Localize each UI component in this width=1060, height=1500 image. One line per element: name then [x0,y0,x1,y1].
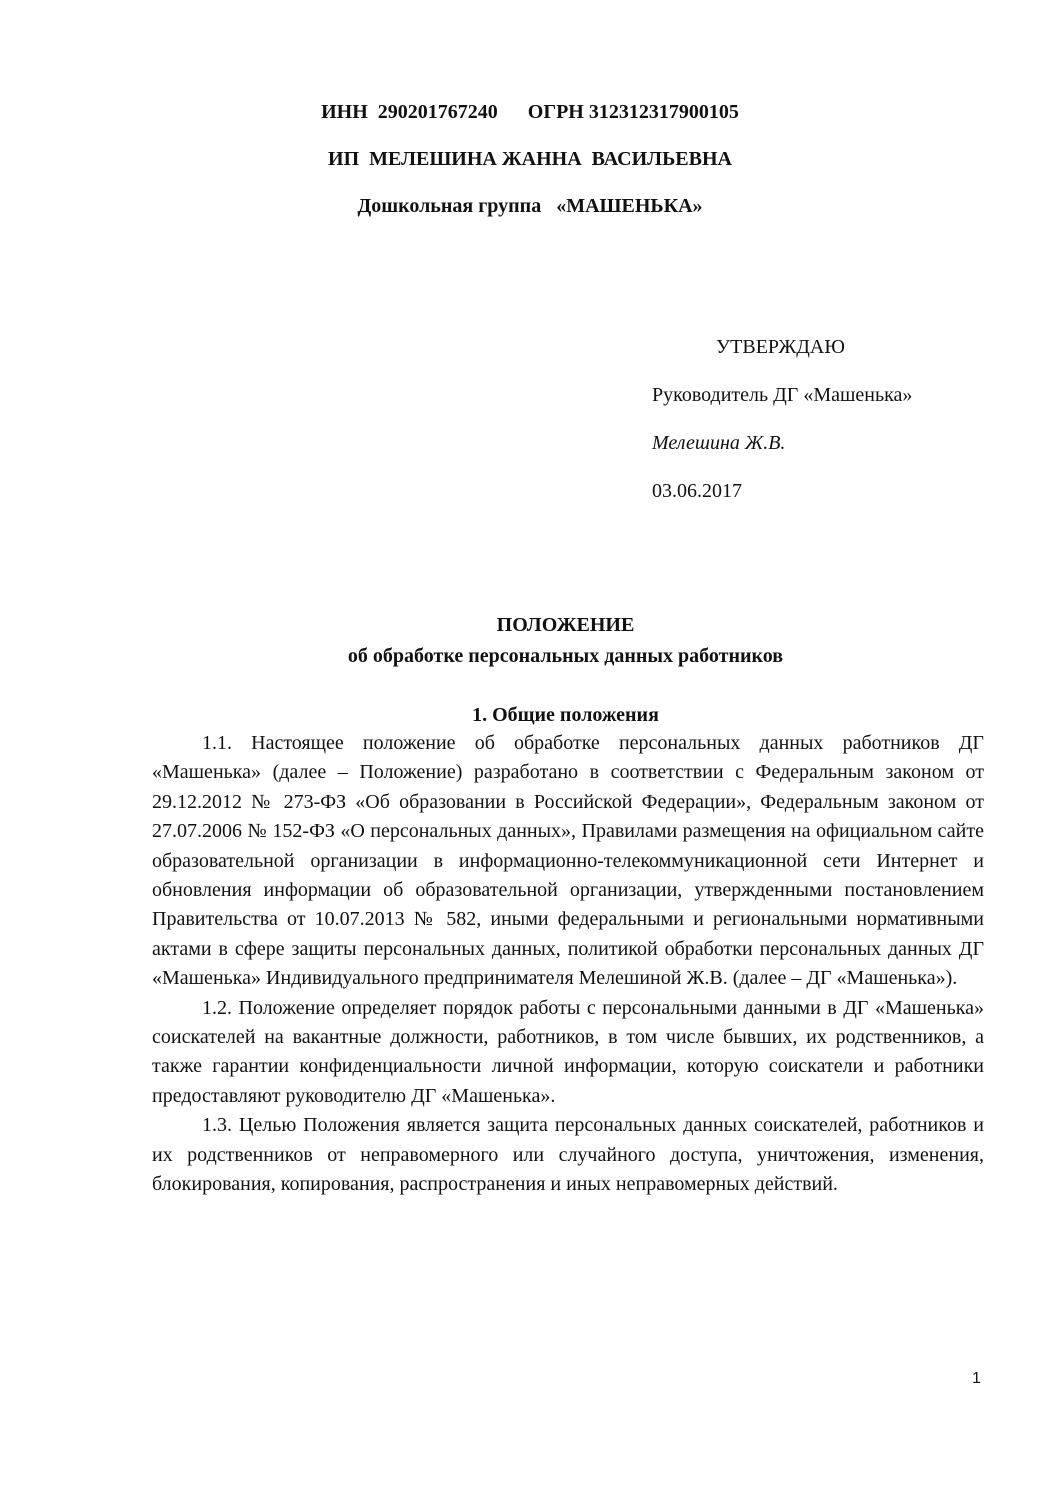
document-page: ИНН 290201767240 ОГРН 312312317900105 ИП… [0,0,1060,1500]
approval-title: УТВЕРЖДАЮ [716,336,845,359]
paragraph-1-1: 1.1. Настоящее положение об обработке пе… [152,729,984,994]
header-organization-name: Дошкольная группа «МАШЕНЬКА» [0,195,1060,218]
approval-signature: Мелешина Ж.В. [652,432,785,455]
section-heading: 1. Общие положения [0,704,1060,727]
header-entrepreneur-name: ИП МЕЛЕШИНА ЖАННА ВАСИЛЬЕВНА [0,148,1060,171]
document-body: 1.1. Настоящее положение об обработке пе… [152,729,984,1200]
approval-date: 03.06.2017 [652,480,742,503]
approval-position: Руководитель ДГ «Машенька» [652,384,912,407]
document-subtitle: об обработке персональных данных работни… [0,645,1060,668]
document-title: ПОЛОЖЕНИЕ [0,614,1060,637]
header-inn-ogrn: ИНН 290201767240 ОГРН 312312317900105 [0,101,1060,124]
paragraph-1-2: 1.2. Положение определяет порядок работы… [152,994,984,1112]
paragraph-1-3: 1.3. Целью Положения является защита пер… [152,1111,984,1199]
page-number: 1 [972,1370,981,1388]
